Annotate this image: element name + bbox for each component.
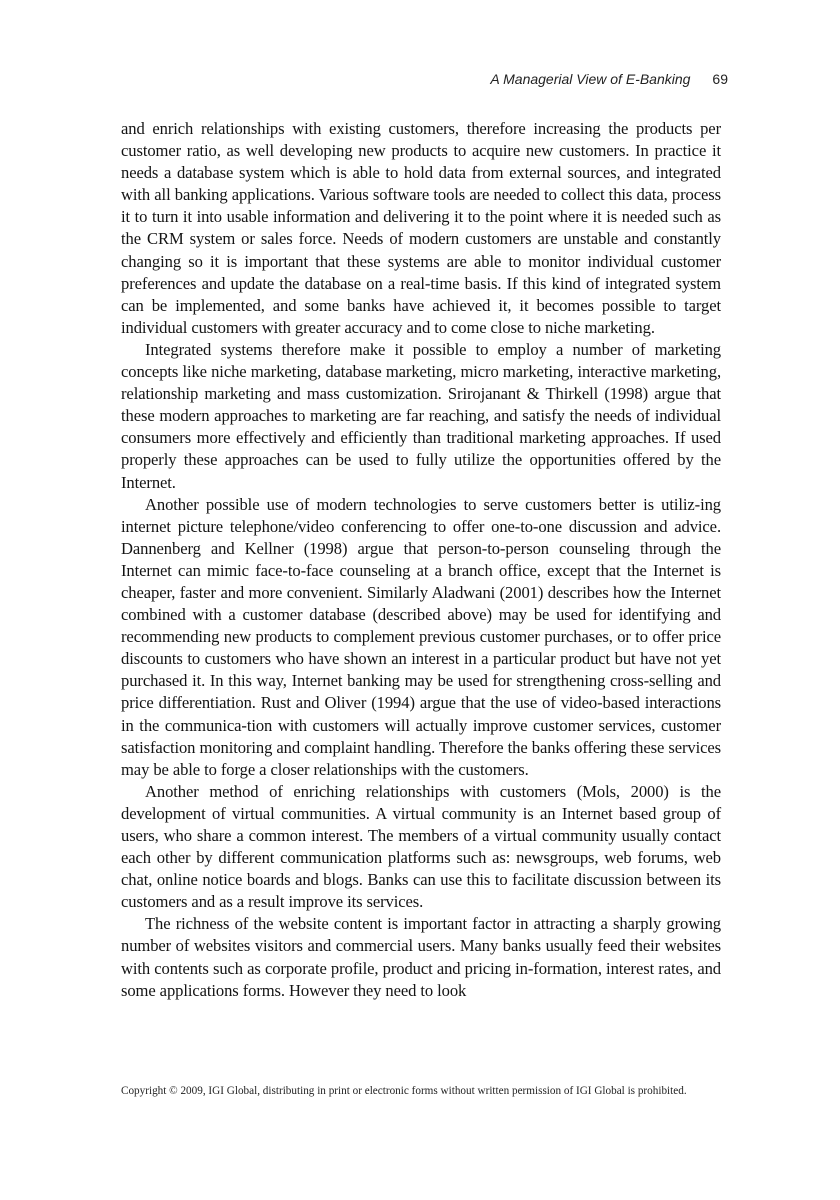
document-page: A Managerial View of E-Banking 69 and en… bbox=[0, 0, 840, 1200]
running-header: A Managerial View of E-Banking 69 bbox=[490, 71, 728, 87]
page-number: 69 bbox=[712, 71, 728, 87]
body-text: and enrich relationships with existing c… bbox=[121, 118, 721, 1002]
paragraph-continued: and enrich relationships with existing c… bbox=[121, 118, 721, 339]
copyright-footer: Copyright © 2009, IGI Global, distributi… bbox=[121, 1084, 721, 1099]
paragraph-video-conferencing: Another possible use of modern technolog… bbox=[121, 494, 721, 781]
paragraph-integrated-systems: Integrated systems therefore make it pos… bbox=[121, 339, 721, 494]
running-title: A Managerial View of E-Banking bbox=[490, 71, 690, 87]
paragraph-virtual-communities: Another method of enriching relationship… bbox=[121, 781, 721, 914]
paragraph-website-content: The richness of the website content is i… bbox=[121, 913, 721, 1001]
